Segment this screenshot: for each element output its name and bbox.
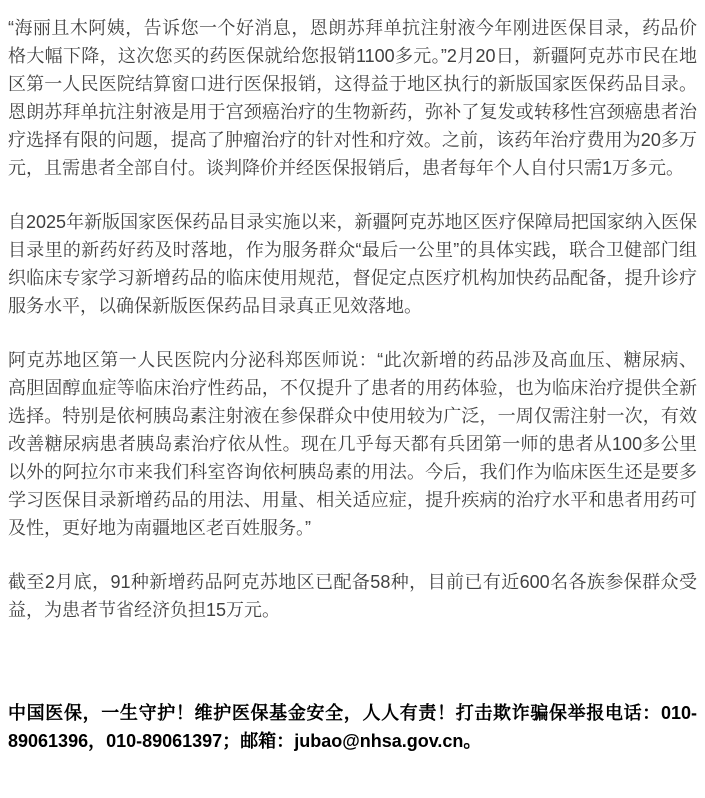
paragraph-1: “海丽且木阿姨，告诉您一个好消息，恩朗苏拜单抗注射液今年刚进医保目录，药品价格大… — [8, 14, 697, 182]
paragraph-2: 自2025年新版国家医保药品目录实施以来，新疆阿克苏地区医疗保障局把国家纳入医保… — [8, 208, 697, 320]
paragraph-4: 截至2月底，91种新增药品阿克苏地区已配备58种，目前已有近600名各族参保群众… — [8, 568, 697, 624]
footer-notice: 中国医保，一生守护！维护医保基金安全，人人有责！打击欺诈骗保举报电话：010-8… — [8, 699, 697, 755]
article-body: “海丽且木阿姨，告诉您一个好消息，恩朗苏拜单抗注射液今年刚进医保目录，药品价格大… — [0, 0, 705, 770]
paragraph-3: 阿克苏地区第一人民医院内分泌科郑医师说：“此次新增的药品涉及高血压、糖尿病、高胆… — [8, 346, 697, 542]
